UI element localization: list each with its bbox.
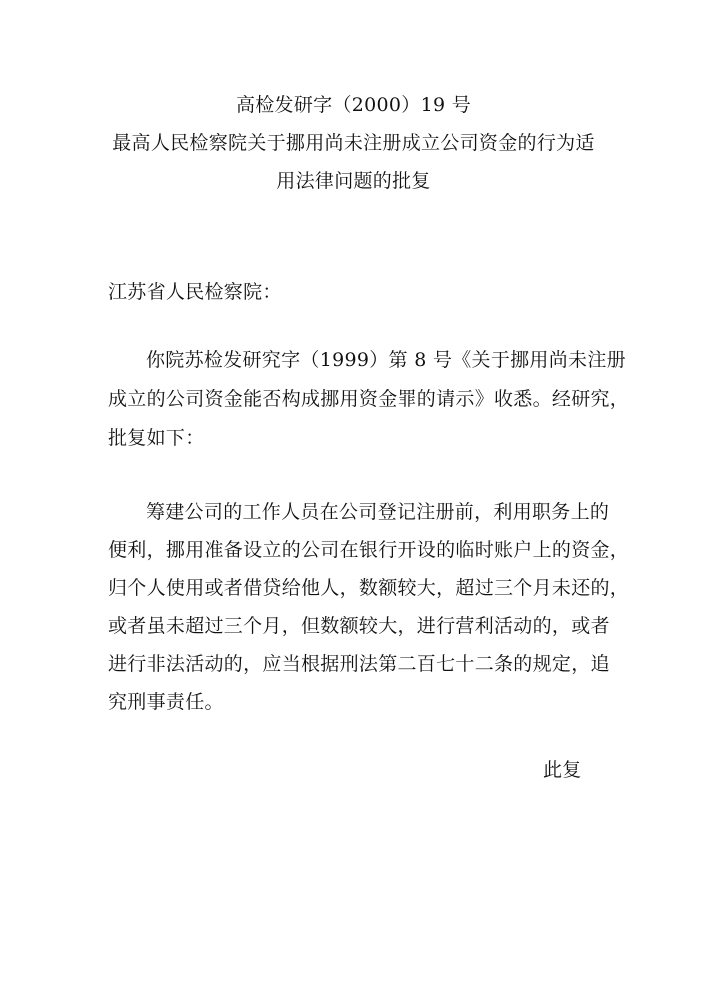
paragraph1-line: 成立的公司资金能否构成挪用资金罪的请示》收悉。经研究， (108, 387, 629, 411)
paragraph1-line: 你院苏检发研究字（1999）第 8 号《关于挪用尚未注册 (146, 348, 626, 372)
paragraph1-line: 批复如下： (108, 426, 205, 450)
title-line-1: 最高人民检察院关于挪用尚未注册成立公司资金的行为适 (0, 131, 707, 155)
document-number: 高检发研字（2000）19 号 (0, 93, 707, 117)
paragraph2-line: 进行非法活动的，应当根据刑法第二百七十二条的规定，追 (108, 652, 610, 676)
paragraph2-line: 归个人使用或者借贷给他人，数额较大，超过三个月未还的， (108, 576, 629, 600)
paragraph2-line: 筹建公司的工作人员在公司登记注册前，利用职务上的 (146, 500, 609, 524)
paragraph2-line: 或者虽未超过三个月，但数额较大，进行营利活动的，或者 (108, 614, 610, 638)
title-line-2: 用法律问题的批复 (0, 169, 707, 193)
closing: 此复 (543, 758, 582, 782)
addressee: 江苏省人民检察院： (108, 280, 282, 304)
paragraph2-line: 究刑事责任。 (108, 690, 224, 714)
document-page: 高检发研字（2000）19 号 最高人民检察院关于挪用尚未注册成立公司资金的行为… (0, 0, 707, 999)
paragraph2-line: 便利，挪用准备设立的公司在银行开设的临时账户上的资金， (108, 538, 629, 562)
